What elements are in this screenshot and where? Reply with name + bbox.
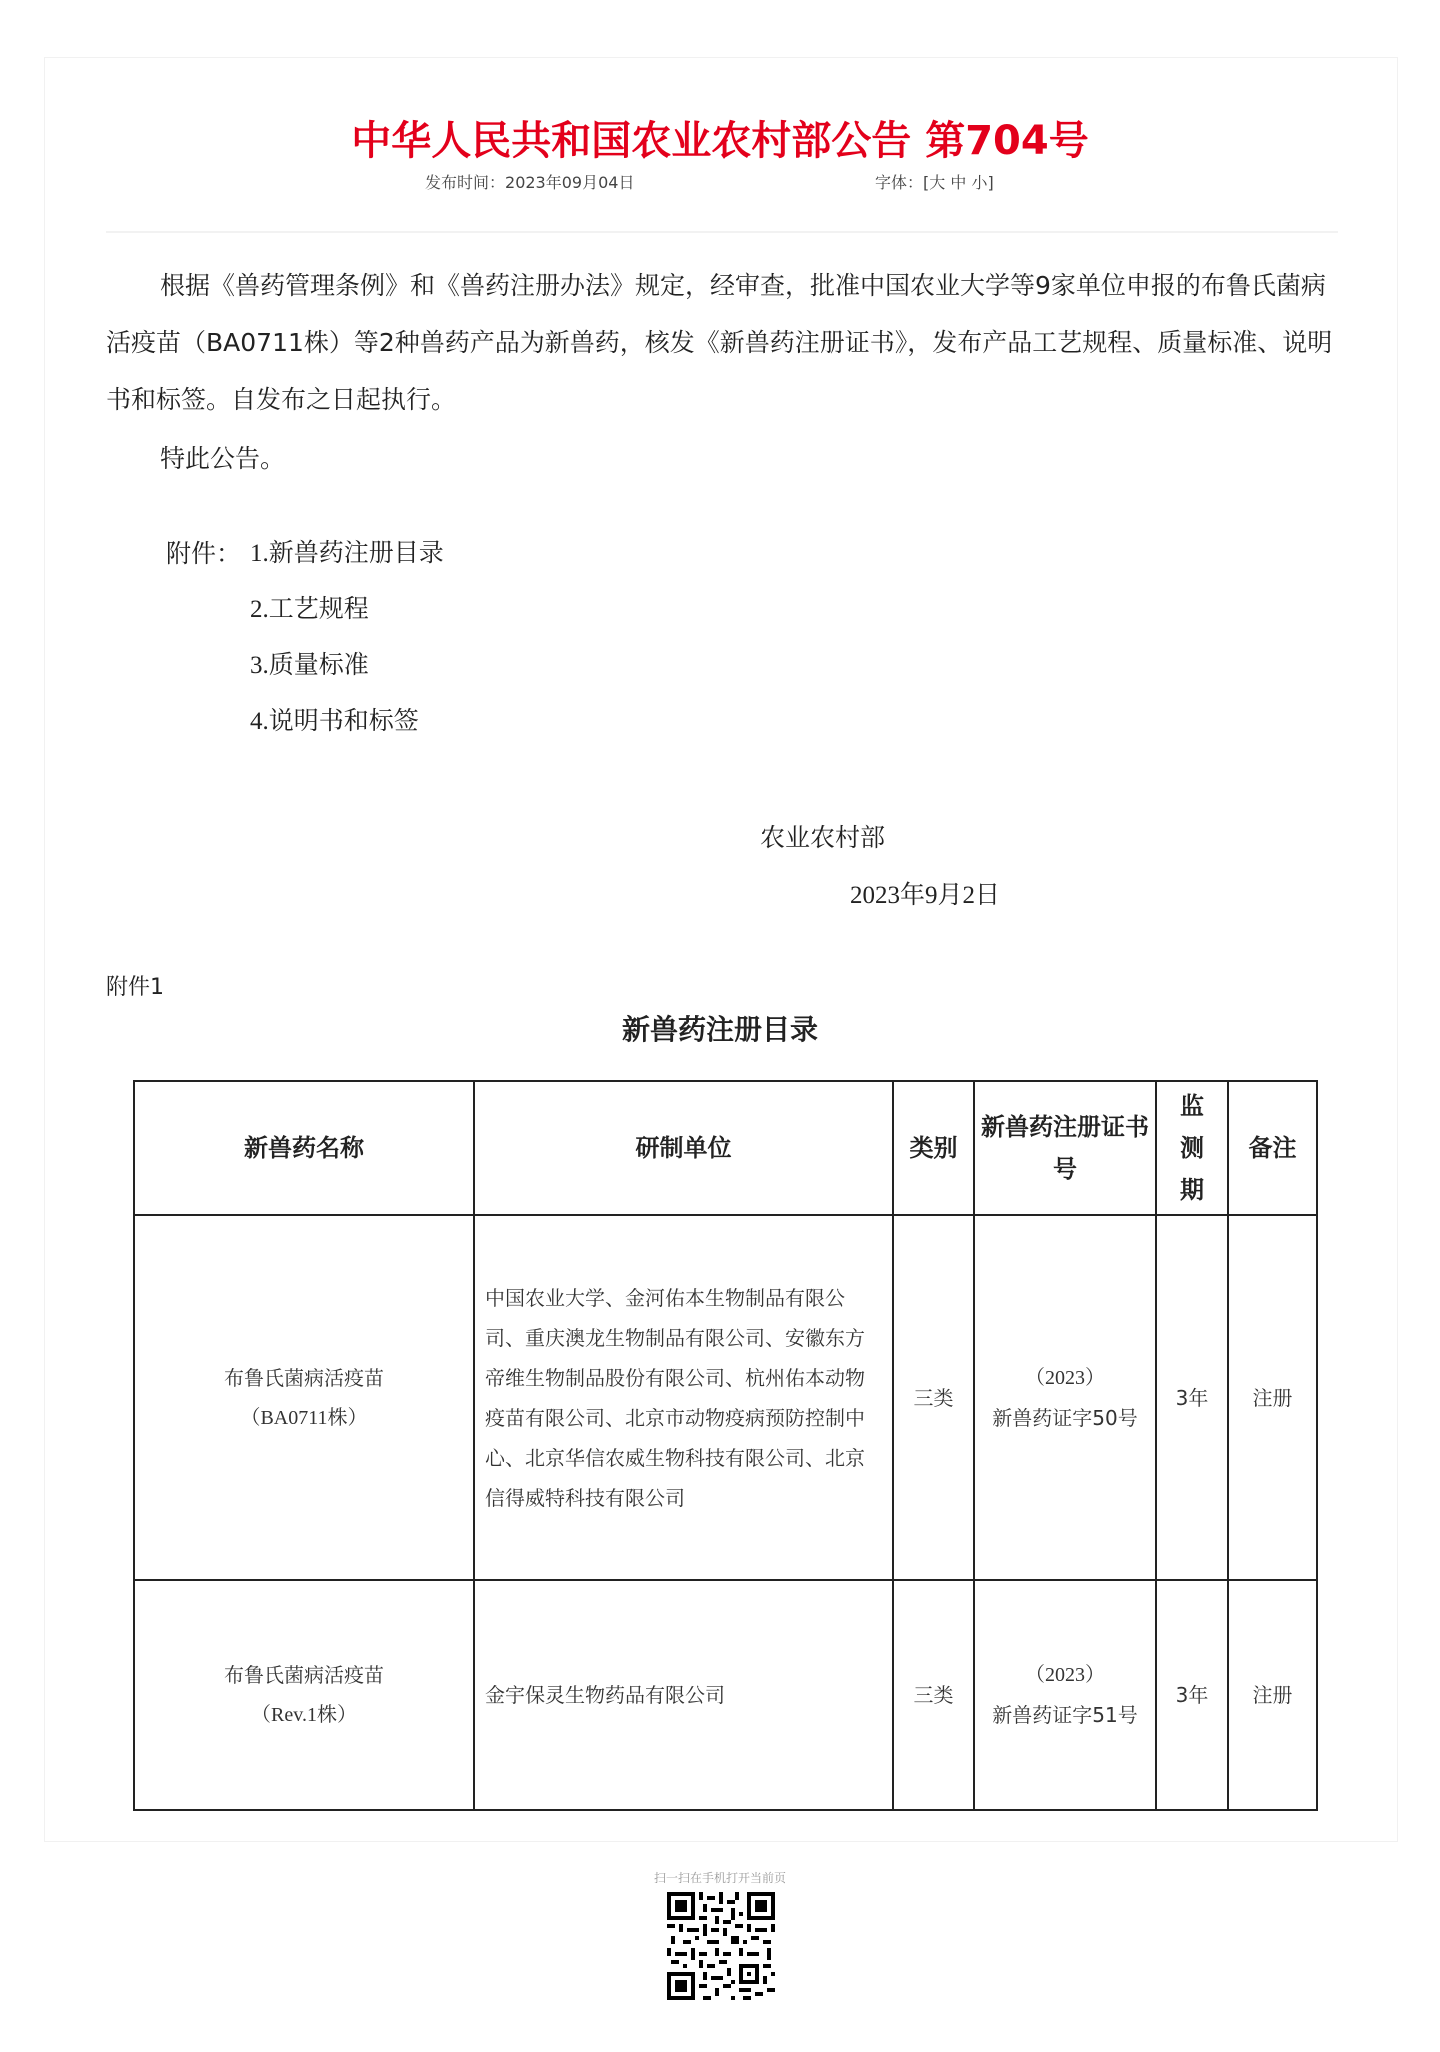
header-remark: 备注 — [1228, 1081, 1317, 1215]
cert-year: （2023） — [975, 1358, 1155, 1398]
attachment-item: 3.质量标准 — [250, 646, 369, 686]
drug-name-cell: 布鲁氏菌病活疫苗 （Rev.1株） — [134, 1580, 474, 1810]
drug-name-cell: 布鲁氏菌病活疫苗 （BA0711株） — [134, 1215, 474, 1580]
remark-cell: 注册 — [1228, 1215, 1317, 1580]
publish-date-value: 2023年09月04日 — [505, 173, 634, 192]
table-row: 布鲁氏菌病活疫苗 （BA0711株） 中国农业大学、金河佑本生物制品有限公司、重… — [134, 1215, 1317, 1580]
body-paragraph: 根据《兽药管理条例》和《兽药注册办法》规定，经审查，批准中国农业大学等9家单位申… — [106, 257, 1338, 428]
drug-strain: （BA0711株） — [135, 1398, 473, 1438]
drug-strain: （Rev.1株） — [135, 1695, 473, 1735]
font-size-medium-button[interactable]: 中 — [950, 173, 966, 192]
drug-name: 布鲁氏菌病活疫苗 — [135, 1655, 473, 1695]
header-drug-name: 新兽药名称 — [134, 1081, 474, 1215]
header-cert-no: 新兽药注册证书号 — [974, 1081, 1156, 1215]
category-cell: 三类 — [893, 1580, 974, 1810]
drug-name: 布鲁氏菌病活疫苗 — [135, 1358, 473, 1398]
font-label: 字体： — [875, 173, 923, 192]
cert-number: 新兽药证字50号 — [975, 1398, 1155, 1438]
table-row: 布鲁氏菌病活疫苗 （Rev.1株） 金宇保灵生物药品有限公司 三类 （2023）… — [134, 1580, 1317, 1810]
page-title: 中华人民共和国农业农村部公告 第704号 — [0, 117, 1440, 165]
header-developer: 研制单位 — [474, 1081, 893, 1215]
qr-code-icon — [667, 1892, 775, 2000]
attachments-label: 附件： — [166, 534, 241, 574]
remark-cell: 注册 — [1228, 1580, 1317, 1810]
font-size-large-button[interactable]: 大 — [929, 173, 945, 192]
bracket-close: ] — [988, 173, 994, 192]
annex-title: 新兽药注册目录 — [0, 1010, 1440, 1050]
attachment-item: 2.工艺规程 — [250, 590, 369, 630]
monitor-period-cell: 3年 — [1156, 1215, 1228, 1580]
header-monitor-period: 监测期 — [1156, 1081, 1228, 1215]
table-header-row: 新兽药名称 研制单位 类别 新兽药注册证书号 监测期 备注 — [134, 1081, 1317, 1215]
monitor-period-cell: 3年 — [1156, 1580, 1228, 1810]
developer-cell: 中国农业大学、金河佑本生物制品有限公司、重庆澳龙生物制品有限公司、安徽东方帝维生… — [474, 1215, 893, 1580]
cert-number: 新兽药证字51号 — [975, 1695, 1155, 1735]
cert-no-cell: （2023） 新兽药证字51号 — [974, 1580, 1156, 1810]
signature-org: 农业农村部 — [760, 818, 885, 858]
publish-label: 发布时间： — [425, 173, 505, 192]
registration-table: 新兽药名称 研制单位 类别 新兽药注册证书号 监测期 备注 布鲁氏菌病活疫苗 （… — [133, 1080, 1318, 1811]
header-divider — [106, 231, 1338, 233]
closing-paragraph: 特此公告。 — [106, 430, 1338, 487]
qr-caption: 扫一扫在手机打开当前页 — [0, 1870, 1440, 1886]
header-category: 类别 — [893, 1081, 974, 1215]
cert-no-cell: （2023） 新兽药证字50号 — [974, 1215, 1156, 1580]
developer-cell: 金宇保灵生物药品有限公司 — [474, 1580, 893, 1810]
category-cell: 三类 — [893, 1215, 974, 1580]
font-size-small-button[interactable]: 小 — [971, 173, 987, 192]
signature-date: 2023年9月2日 — [850, 876, 1000, 916]
attachment-item: 1.新兽药注册目录 — [250, 534, 444, 574]
annex-label: 附件1 — [106, 973, 164, 1003]
publish-date: 发布时间：2023年09月04日 — [425, 172, 634, 194]
cert-year: （2023） — [975, 1655, 1155, 1695]
attachment-item: 4.说明书和标签 — [250, 702, 419, 742]
font-size-switcher: 字体：[大 中 小] — [875, 172, 994, 194]
